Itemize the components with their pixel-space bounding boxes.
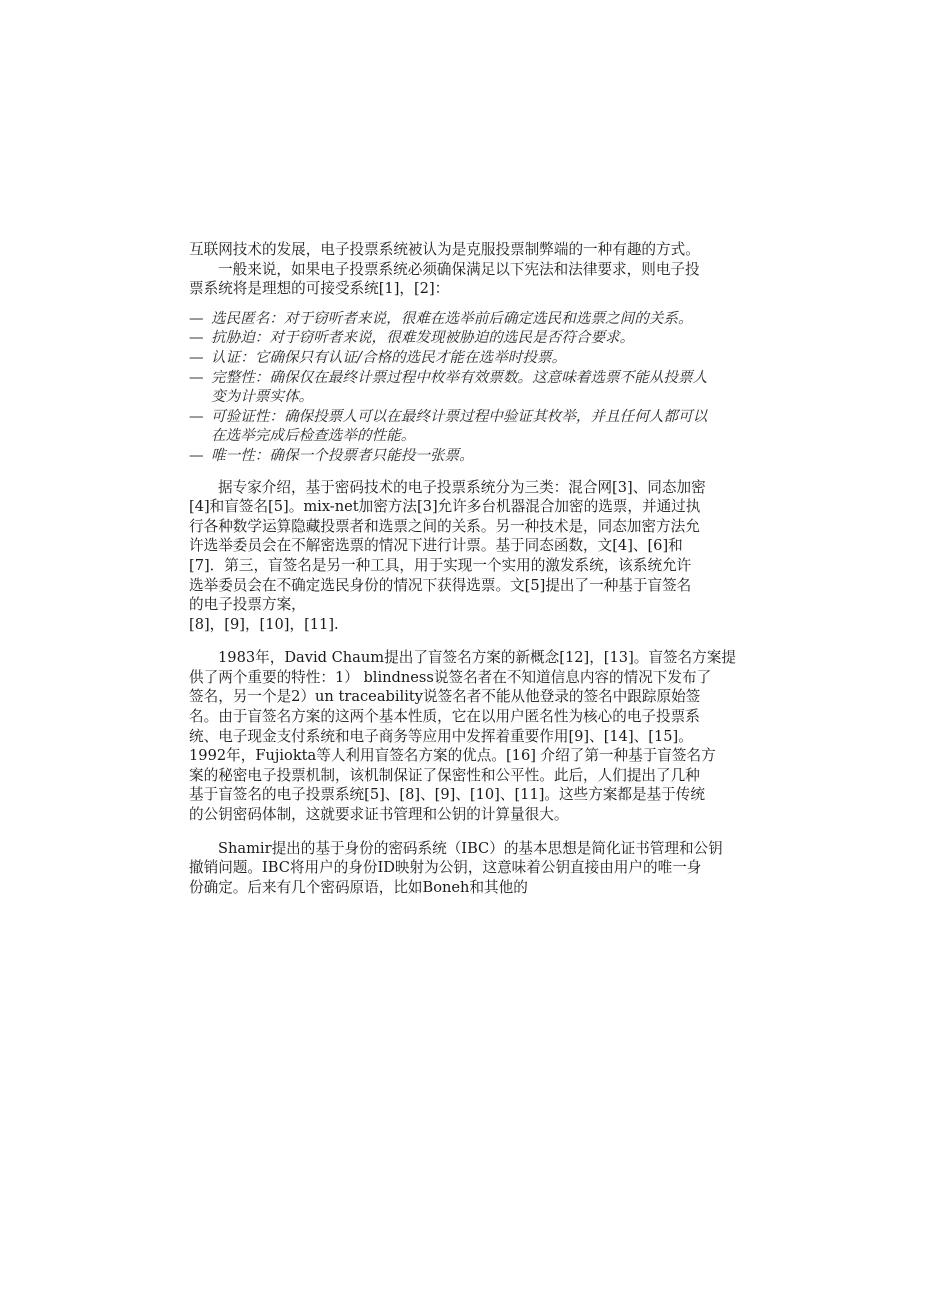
list-item-uniqueness: — 唯一性：确保一个投票者只能投一张票。	[189, 446, 743, 466]
requirements-list: — 选民匿名：对于窃听者来说，很难在选举前后确定选民和选票之间的关系。 — 抗胁…	[189, 309, 743, 466]
text-line: 据专家介绍，基于密码技术的电子投票系统分为三类：混合网[3]、同态加密	[189, 478, 743, 498]
text-line: 的电子投票方案，	[189, 595, 743, 615]
list-item-coercion-resistance: — 抗胁迫：对于窃听者来说，很难发现被胁迫的选民是否符合要求。	[189, 328, 743, 348]
text-line: 互联网技术的发展，电子投票系统被认为是克服投票制弊端的一种有趣的方式。	[189, 240, 743, 260]
dash-marker: —	[189, 348, 211, 368]
text-line: 基于盲签名的电子投票系统[5]、[8]、[9]、[10]、[11]。这些方案都是…	[189, 785, 743, 805]
document-page: 互联网技术的发展，电子投票系统被认为是克服投票制弊端的一种有趣的方式。 一般来说…	[189, 240, 743, 897]
text-line: 变为计票实体。	[211, 387, 743, 407]
text-line: 抗胁迫：对于窃听者来说，很难发现被胁迫的选民是否符合要求。	[211, 328, 743, 348]
dash-marker: —	[189, 328, 211, 348]
text-line: 唯一性：确保一个投票者只能投一张票。	[211, 446, 743, 466]
text-line: [8]，[9]，[10]，[11].	[189, 615, 743, 635]
text-line: 1992年，Fujiokta等人利用盲签名方案的优点。[16] 介绍了第一种基于…	[189, 746, 743, 766]
text-line: 的公钥密码体制，这就要求证书管理和公钥的计算量很大。	[189, 805, 743, 825]
paragraph-ibc: Shamir提出的基于身份的密码系统（IBC）的基本思想是简化证书管理和公钥 撤…	[189, 839, 743, 898]
list-item-integrity: — 完整性：确保仅在最终计票过程中枚举有效票数。这意味着选票不能从投票人 变为计…	[189, 368, 743, 407]
text-line: 选民匿名：对于窃听者来说，很难在选举前后确定选民和选票之间的关系。	[211, 309, 743, 329]
text-line: 份确定。后来有几个密码原语，比如Boneh和其他的	[189, 878, 743, 898]
text-line: 许选举委员会在不解密选票的情况下进行计票。基于同态函数，文[4]、[6]和	[189, 536, 743, 556]
paragraph-intro: 互联网技术的发展，电子投票系统被认为是克服投票制弊端的一种有趣的方式。	[189, 240, 743, 260]
text-line: 完整性：确保仅在最终计票过程中枚举有效票数。这意味着选票不能从投票人	[211, 368, 743, 388]
text-line: 一般来说，如果电子投票系统必须确保满足以下宪法和法律要求，则电子投	[189, 260, 743, 280]
text-line: [4]和盲签名[5]。mix-net加密方法[3]允许多台机器混合加密的选票，并…	[189, 497, 743, 517]
text-line: 签名，另一个是2）un traceability说签名者不能从他登录的签名中跟踪…	[189, 687, 743, 707]
text-line: 统、电子现金支付系统和电子商务等应用中发挥着重要作用[9]、[14]、[15]。	[189, 727, 743, 747]
text-line: 名。由于盲签名方案的这两个基本性质，它在以用户匿名性为核心的电子投票系	[189, 707, 743, 727]
text-line: [7]．第三，盲签名是另一种工具，用于实现一个实用的激发系统，该系统允许	[189, 556, 743, 576]
dash-marker: —	[189, 309, 211, 329]
paragraph-requirements-intro: 一般来说，如果电子投票系统必须确保满足以下宪法和法律要求，则电子投 票系统将是理…	[189, 260, 743, 299]
list-item-voter-anonymity: — 选民匿名：对于窃听者来说，很难在选举前后确定选民和选票之间的关系。	[189, 309, 743, 329]
text-line: Shamir提出的基于身份的密码系统（IBC）的基本思想是简化证书管理和公钥	[189, 839, 743, 859]
paragraph-blind-signature: 1983年，David Chaum提出了盲签名方案的新概念[12]，[13]。盲…	[189, 648, 743, 824]
text-line: 撤销问题。IBC将用户的身份ID映射为公钥，这意味着公钥直接由用户的唯一身	[189, 858, 743, 878]
dash-marker: —	[189, 368, 211, 407]
text-line: 1983年，David Chaum提出了盲签名方案的新概念[12]，[13]。盲…	[189, 648, 743, 668]
text-line: 案的秘密电子投票机制，该机制保证了保密性和公平性。此后，人们提出了几种	[189, 766, 743, 786]
text-line: 选举委员会在不确定选民身份的情况下获得选票。文[5]提出了一种基于盲签名	[189, 576, 743, 596]
dash-marker: —	[189, 446, 211, 466]
text-line: 票系统将是理想的可接受系统[1]，[2]：	[189, 279, 743, 299]
text-line: 认证：它确保只有认证/合格的选民才能在选举时投票。	[211, 348, 743, 368]
text-line: 供了两个重要的特性：1） blindness说签名者在不知道信息内容的情况下发布…	[189, 668, 743, 688]
list-item-verifiability: — 可验证性：确保投票人可以在最终计票过程中验证其枚举，并且任何人都可以 在选举…	[189, 407, 743, 446]
text-line: 可验证性：确保投票人可以在最终计票过程中验证其枚举，并且任何人都可以	[211, 407, 743, 427]
paragraph-crypto-categories: 据专家介绍，基于密码技术的电子投票系统分为三类：混合网[3]、同态加密 [4]和…	[189, 478, 743, 635]
text-line: 行各种数学运算隐藏投票者和选票之间的关系。另一种技术是，同态加密方法允	[189, 517, 743, 537]
list-item-authentication: — 认证：它确保只有认证/合格的选民才能在选举时投票。	[189, 348, 743, 368]
dash-marker: —	[189, 407, 211, 446]
text-line: 在选举完成后检查选举的性能。	[211, 426, 743, 446]
